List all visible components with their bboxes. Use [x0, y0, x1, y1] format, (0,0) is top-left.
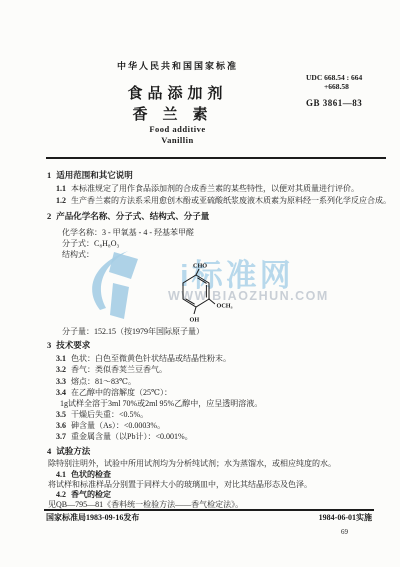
section-1-number: 1 — [47, 170, 56, 180]
footer-rule — [44, 509, 374, 511]
clause-3-2-text: 香气：类似香荚兰豆香气。 — [71, 365, 167, 374]
section-3-number: 3 — [47, 340, 56, 350]
standard-document-page: i标准网 WWW.BIAOZHUN.COM 中华人民共和国国家标准 食品添加剂 … — [0, 0, 400, 567]
section-4-number: 4 — [47, 446, 56, 456]
chemical-name: 化学名称：3 - 甲氧基 - 4 - 羟基苯甲醛 — [62, 228, 194, 238]
standard-label: 中华人民共和国国家标准 — [60, 59, 295, 72]
clause-4-2-title: 香气的检定 — [71, 490, 111, 499]
clause-3-7-number: 3.7 — [56, 432, 71, 441]
clause-3-5-text: 干燥后失重：<0.5%。 — [71, 410, 148, 419]
clause-3-1-number: 3.1 — [56, 354, 71, 363]
clause-3-3: 3.3熔点：81～83℃。 — [56, 377, 136, 387]
clause-3-3-number: 3.3 — [56, 377, 71, 386]
clause-3-6-number: 3.6 — [56, 421, 71, 430]
section-4-title: 试验方法 — [56, 446, 90, 456]
section-2-heading: 2产品化学名称、分子式、结构式、分子量 — [47, 211, 209, 222]
title-en-line1: Food additive — [60, 124, 295, 134]
section-4-intro: 除特别注明外，试验中所用试剂均为分析纯试剂；水为蒸馏水，或相应纯度的水。 — [48, 459, 336, 469]
clause-1-2-text: 生产香兰素的方法系采用愈创木酚或亚硫酸纸浆废液木质素为原料经一系列化学反应合成。 — [71, 196, 391, 205]
structure-group-och3-label: OCH₃ — [217, 303, 233, 310]
footer-issued-info: 国家标准局1983-09-16发布 — [46, 513, 139, 523]
clause-3-3-text: 熔点：81～83℃。 — [71, 377, 136, 386]
clause-3-4-number: 3.4 — [56, 388, 71, 397]
clause-1-1-number: 1.1 — [56, 184, 71, 193]
molecular-formula: 分子式：C₈H₈O₃ — [62, 239, 119, 249]
section-3-heading: 3技术要求 — [47, 340, 90, 351]
clause-3-1-text: 色状：白色至微黄色针状结晶或结晶性粉末。 — [71, 354, 231, 363]
udc-code-line2: +668.58 — [324, 82, 349, 92]
section-4-heading: 4试验方法 — [47, 446, 90, 457]
title-cn-line2: 香兰素 — [60, 103, 295, 124]
standard-number: GB 3861—83 — [306, 98, 362, 108]
clause-4-1-number: 4.1 — [56, 470, 71, 479]
clause-3-6-text: 砷含量（As）：<0.0003%。 — [71, 421, 165, 430]
molecular-weight: 分子量：152.15（按1979年国际原子量） — [62, 327, 204, 337]
clause-4-2-number: 4.2 — [56, 490, 71, 499]
vanillin-structure-diagram: CHO OCH₃ OH — [178, 260, 234, 326]
clause-1-2-number: 1.2 — [56, 196, 71, 205]
structure-group-cho-label: CHO — [193, 263, 207, 270]
clause-3-6: 3.6砷含量（As）：<0.0003%。 — [56, 421, 165, 431]
title-cn-line1: 食品添加剂 — [60, 82, 295, 103]
page-number: 69 — [341, 527, 348, 537]
clause-3-7-text: 重金属含量（以Pb计）：<0.001%。 — [71, 432, 193, 441]
clause-3-2-number: 3.2 — [56, 365, 71, 374]
header-rule — [46, 157, 386, 159]
clause-1-1-text: 本标准规定了用作食品添加剂的合成香兰素的某些特性，以便对其质量进行评价。 — [71, 184, 359, 193]
clause-3-1: 3.1色状：白色至微黄色针状结晶或结晶性粉末。 — [56, 354, 231, 364]
structure-label: 结构式： — [62, 250, 94, 260]
section-1-title: 适用范围和其它说明 — [56, 170, 133, 180]
clause-4-1-body: 将试样和标准样品分别置于同样大小的玻璃皿中，对比其结晶形态及色泽。 — [48, 480, 312, 490]
clause-3-2: 3.2香气：类似香荚兰豆香气。 — [56, 365, 167, 375]
biaozhun-logo-icon — [86, 246, 148, 330]
clause-3-4-text: 在乙醇中的溶解度（25℃）： — [71, 388, 172, 397]
clause-4-1-heading: 4.1色状的检查 — [56, 470, 111, 480]
section-2-number: 2 — [47, 211, 56, 221]
clause-3-5-number: 3.5 — [56, 410, 71, 419]
clause-4-2-heading: 4.2香气的检定 — [56, 490, 111, 500]
clause-3-5: 3.5干燥后失重：<0.5%。 — [56, 410, 148, 420]
footer-effective-date: 1984-06-01实施 — [319, 513, 372, 523]
clause-3-7: 3.7重金属含量（以Pb计）：<0.001%。 — [56, 432, 193, 442]
clause-1-1: 1.1本标准规定了用作食品添加剂的合成香兰素的某些特性，以便对其质量进行评价。 — [56, 184, 359, 194]
title-en-line2: Vanillin — [60, 135, 295, 145]
clause-1-2: 1.2生产香兰素的方法系采用愈创木酚或亚硫酸纸浆废液木质素为原料经一系列化学反应… — [56, 196, 391, 206]
clause-4-1-title: 色状的检查 — [71, 470, 111, 479]
clause-3-4: 3.4在乙醇中的溶解度（25℃）： — [56, 388, 172, 398]
section-2-title: 产品化学名称、分子式、结构式、分子量 — [56, 211, 209, 221]
section-3-title: 技术要求 — [56, 340, 90, 350]
structure-group-oh-label: OH — [190, 317, 200, 324]
clause-3-4-continuation: 1g试样全溶于3ml 70%或2ml 95%乙醇中，应呈透明溶液。 — [60, 399, 262, 409]
section-1-heading: 1适用范围和其它说明 — [47, 170, 133, 181]
